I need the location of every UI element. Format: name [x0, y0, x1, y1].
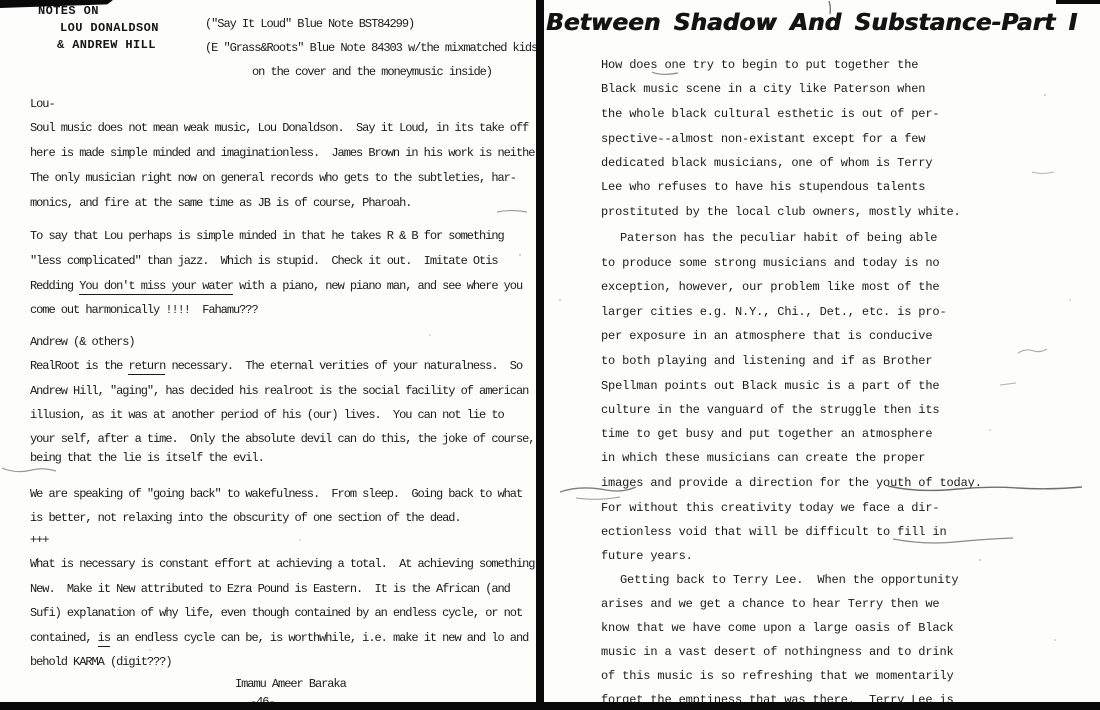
typed-line: to both playing and listening and if as … [601, 355, 932, 368]
catalog-line: (E "Grass&Roots" Blue Note 84303 w/the m… [205, 42, 537, 55]
typed-line: Soul music does not mean weak music, Lou… [30, 122, 528, 135]
typed-line: the whole black cultural esthetic is out… [601, 108, 939, 121]
typed-line: here is made simple minded and imaginati… [30, 147, 547, 160]
catalog-line: on the cover and the moneymusic inside) [252, 66, 492, 79]
typed-line: RealRoot is the return necessary. The et… [30, 360, 522, 373]
header-line: NOTES ON [38, 5, 99, 18]
typed-line: arises and we get a chance to hear Terry… [601, 598, 939, 611]
page-gutter-bar [536, 0, 544, 710]
typed-line: +++ [30, 534, 48, 547]
article-title: Between Shadow And Substance-Part I [546, 10, 1077, 36]
scan-edge-bottom [0, 702, 1100, 710]
typed-line: prostituted by the local club owners, mo… [601, 206, 961, 219]
underlined-text: You don't miss your water [79, 279, 233, 295]
right-page: How does one try to begin to put togethe… [544, 0, 1100, 710]
header-line: & ANDREW HILL [57, 39, 156, 52]
scan-edge-topright [1056, 0, 1100, 4]
typed-line: behold KARMA (digit???) [30, 656, 171, 669]
typed-line: dedicated black musicians, one of whom i… [601, 157, 932, 170]
typed-line: How does one try to begin to put togethe… [601, 59, 918, 72]
typed-line: ectionless void that will be difficult t… [601, 526, 947, 539]
typed-line: come out harmonically !!!! Fahamu??? [30, 304, 258, 317]
typed-line: Redding You don't miss your water with a… [30, 280, 522, 293]
typed-line: What is necessary is constant effort at … [30, 558, 534, 571]
typed-line: The only musician right now on general r… [30, 172, 516, 185]
typed-line: of this music is so refreshing that we m… [601, 670, 954, 683]
typed-line: spective--almost non-existant except for… [601, 133, 925, 146]
typed-line: images and provide a direction for the y… [601, 477, 982, 490]
typed-line: music in a vast desert of nothingness an… [601, 646, 954, 659]
typed-line: Lou- [30, 98, 55, 111]
typed-line: Spellman points out Black music is a par… [601, 380, 939, 393]
typed-line: "less complicated" than jazz. Which is s… [30, 255, 498, 268]
typed-line: Paterson has the peculiar habit of being… [620, 232, 937, 245]
typed-line: We are speaking of "going back" to wakef… [30, 488, 522, 501]
typed-line: For without this creativity today we fac… [601, 502, 939, 515]
typed-line: your self, after a time. Only the absolu… [30, 433, 534, 446]
typed-line: illusion, as it was at another period of… [30, 409, 504, 422]
typed-line: culture in the vanguard of the struggle … [601, 404, 939, 417]
typed-line: being that the lie is itself the evil. [30, 452, 264, 465]
typed-line: Black music scene in a city like Paterso… [601, 83, 925, 96]
typed-line: contained, is an endless cycle can be, i… [30, 632, 528, 645]
typed-line: in which these musicians can create the … [601, 452, 925, 465]
typed-line: exception, however, our problem like mos… [601, 281, 939, 294]
left-page: NOTES ONLOU DONALDSON& ANDREW HILL("Say … [0, 0, 536, 710]
typed-line: is better, not relaxing into the obscuri… [30, 512, 461, 525]
typed-line: Andrew (& others) [30, 336, 135, 349]
typed-line: know that we have come upon a large oasi… [601, 622, 954, 635]
typed-line: per exposure in an atmosphere that is co… [601, 330, 932, 343]
signature: Imamu Ameer Baraka [235, 678, 346, 691]
typed-line: time to get busy and put together an atm… [601, 428, 932, 441]
catalog-line: ("Say It Loud" Blue Note BST84299) [205, 18, 414, 31]
header-line: LOU DONALDSON [60, 22, 159, 35]
typed-line: to produce some strong musicians and tod… [601, 257, 939, 270]
typed-line: larger cities e.g. N.Y., Chi., Det., etc… [601, 306, 947, 319]
typed-line: To say that Lou perhaps is simple minded… [30, 230, 504, 243]
typed-line: future years. [601, 550, 693, 563]
typed-line: Getting back to Terry Lee. When the oppo… [620, 574, 958, 587]
underlined-text: return [128, 359, 165, 375]
typed-line: Sufi) explanation of why life, even thou… [30, 607, 522, 620]
typed-line: Andrew Hill, "aging", has decided his re… [30, 385, 528, 398]
typed-line: New. Make it New attributed to Ezra Poun… [30, 583, 510, 596]
typed-line: Lee who refuses to have his stupendous t… [601, 181, 925, 194]
underlined-text: is [98, 631, 110, 647]
typed-line: monics, and fire at the same time as JB … [30, 197, 411, 210]
